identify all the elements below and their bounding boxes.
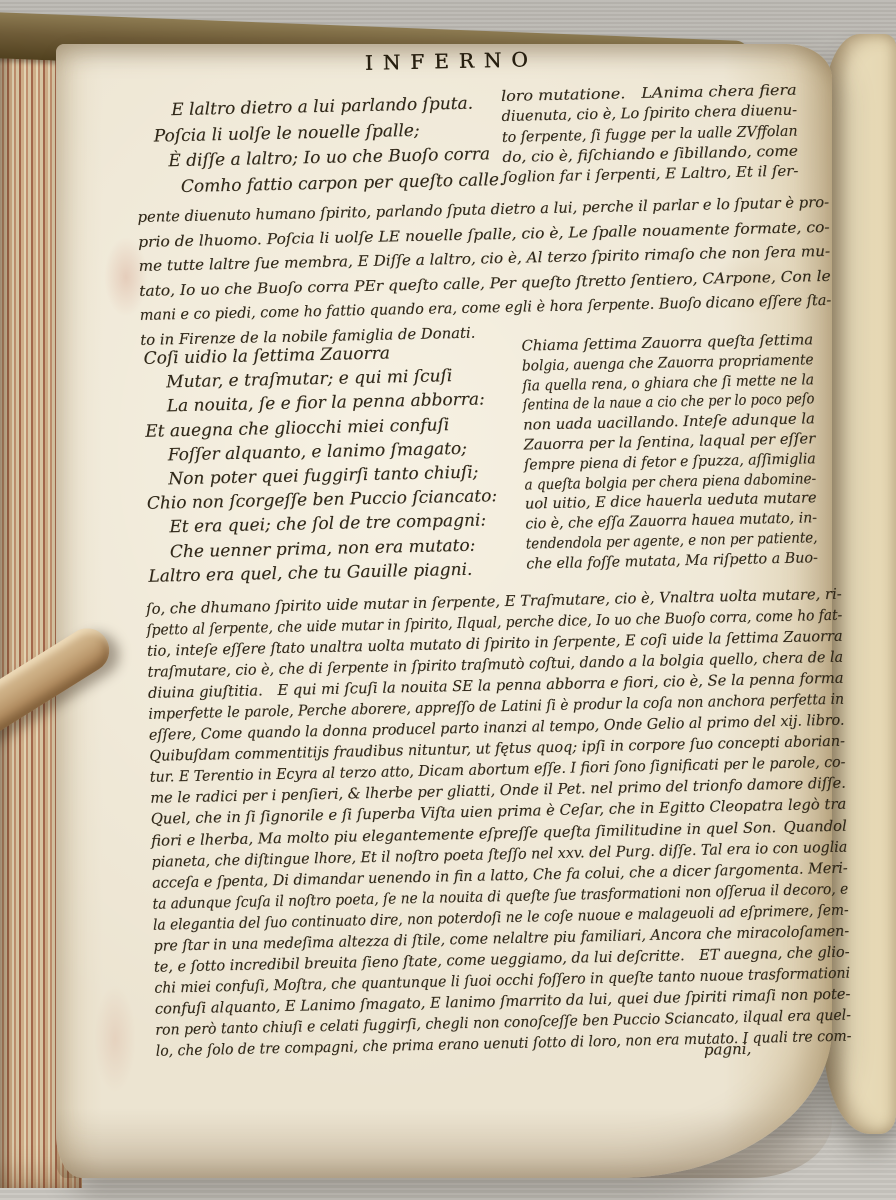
catchword: pagni, <box>704 1040 752 1059</box>
commentary-paragraph-2: ſo, che dhumano ſpirito uide mutar in ſe… <box>146 584 852 1062</box>
photo-of-open-book: INFERNO E laltro dietro a lui parlando ſ… <box>0 0 896 1200</box>
page-curl-shadow <box>56 1108 832 1178</box>
gloss-column-2: Chiama ſettima Zauorra queſta ſettimabol… <box>521 330 818 574</box>
gloss-column-1: loro mutatione. LAnima chera fieradiuenu… <box>501 81 799 189</box>
verse-block-2: Coſi uidio la ſettima ZauorraMutar, e tr… <box>143 338 548 589</box>
commentary-paragraph-1: pente diuenuto humano ſpirito, parlando … <box>137 191 832 354</box>
verse-block-1: E laltro dietro a lui parlando ſputa.Poſ… <box>151 90 543 201</box>
page-text: INFERNO E laltro dietro a lui parlando ſ… <box>45 35 846 1186</box>
running-header: INFERNO <box>281 46 611 77</box>
book-page: INFERNO E laltro dietro a lui parlando ſ… <box>56 44 832 1178</box>
